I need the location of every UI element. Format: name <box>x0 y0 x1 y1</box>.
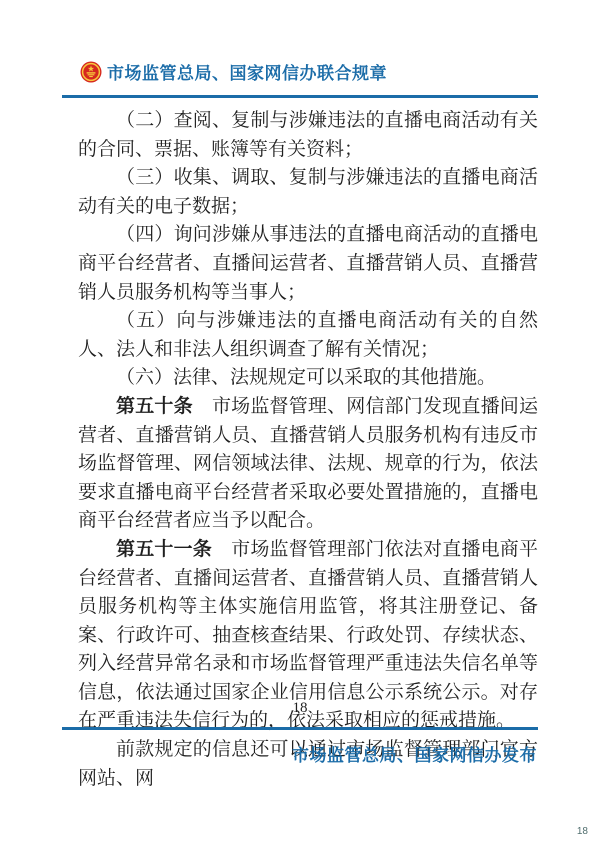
article-lead: 第五十条 <box>116 396 193 417</box>
document-body: （二）查阅、复制与涉嫌违法的直播电商活动有关的合同、票据、账簿等有关资料； （三… <box>78 107 538 793</box>
page-number: 18 <box>0 700 600 717</box>
document-header: 市场监管总局、国家网信办联合规章 <box>80 59 387 84</box>
china-national-emblem-icon <box>80 61 102 83</box>
paragraph: （六）法律、法规规定可以采取的其他措施。 <box>78 364 538 393</box>
corner-page-number: 18 <box>577 826 588 837</box>
paragraph-text: （六）法律、法规规定可以采取的其他措施。 <box>116 367 496 388</box>
document-page: 市场监管总局、国家网信办联合规章 （二）查阅、复制与涉嫌违法的直播电商活动有关的… <box>0 0 600 849</box>
footer-rule <box>62 727 538 730</box>
document-header-title: 市场监管总局、国家网信办联合规章 <box>107 59 387 84</box>
paragraph-text: （五）向与涉嫌违法的直播电商活动有关的自然人、法人和非法人组织调查了解有关情况； <box>78 310 538 360</box>
paragraph: 第五十条 市场监督管理、网信部门发现直播间运营者、直播营销人员、直播营销人员服务… <box>78 393 538 536</box>
paragraph-text: （三）收集、调取、复制与涉嫌违法的直播电商活动有关的电子数据； <box>78 167 538 217</box>
publisher-label: 市场监管总局、国家网信办发布 <box>292 741 537 766</box>
paragraph: （四）询问涉嫌从事违法的直播电商活动的直播电商平台经营者、直播间运营者、直播营销… <box>78 221 538 307</box>
paragraph: （五）向与涉嫌违法的直播电商活动有关的自然人、法人和非法人组织调查了解有关情况； <box>78 307 538 364</box>
paragraph: （二）查阅、复制与涉嫌违法的直播电商活动有关的合同、票据、账簿等有关资料； <box>78 107 538 164</box>
article-lead: 第五十一条 <box>116 539 212 560</box>
paragraph-text: （四）询问涉嫌从事违法的直播电商活动的直播电商平台经营者、直播间运营者、直播营销… <box>78 224 538 302</box>
paragraph: （三）收集、调取、复制与涉嫌违法的直播电商活动有关的电子数据； <box>78 164 538 221</box>
paragraph-text: （二）查阅、复制与涉嫌违法的直播电商活动有关的合同、票据、账簿等有关资料； <box>78 110 538 160</box>
header-rule <box>62 95 538 98</box>
